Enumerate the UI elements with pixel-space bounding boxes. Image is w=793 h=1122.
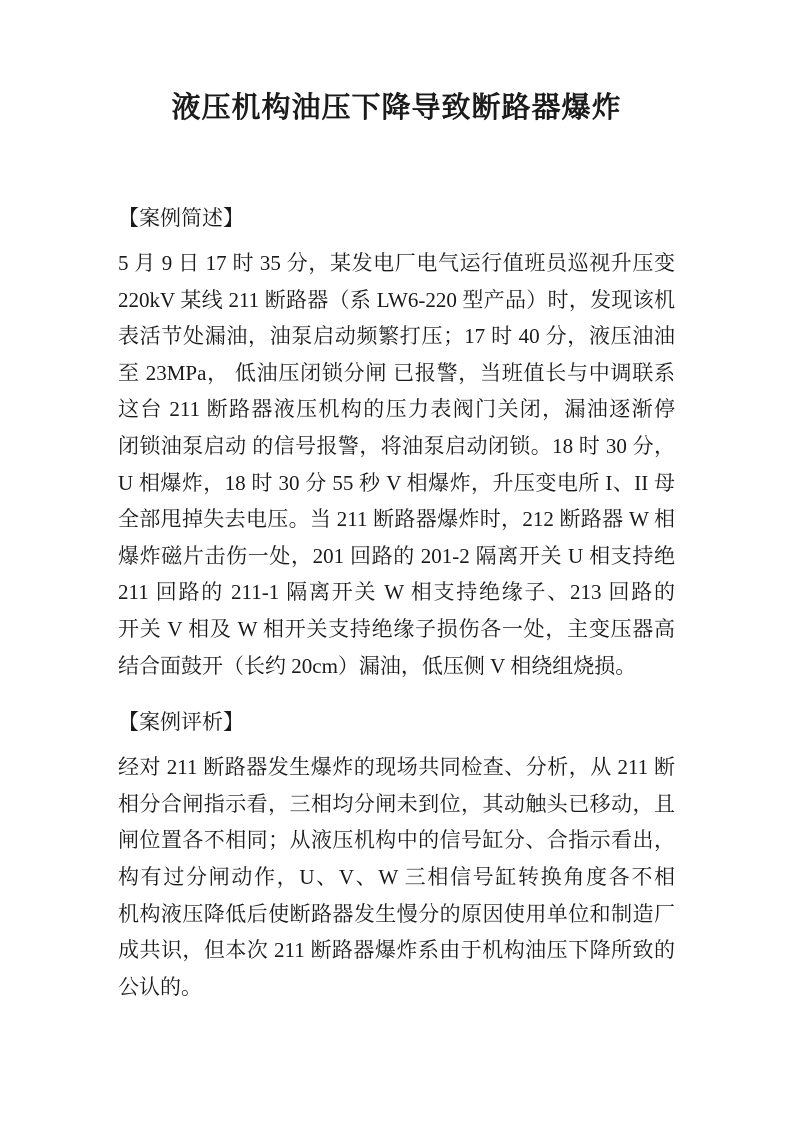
body-text-line: 公认的。	[118, 969, 675, 1006]
body-text-line: 全部甩掉失去电压。当 211 断路器爆炸时，212 断路器 W 相磁套被	[118, 501, 675, 538]
section-heading-case-analysis: 【案例评析】	[118, 704, 675, 741]
body-text-line: 这台 211 断路器液压机构的压力表阀门关闭，漏油逐渐停止，这时	[118, 391, 675, 428]
body-text-line: 表活节处漏油，油泵启动频繁打压；17 时 40 分，液压油油压已降	[118, 318, 675, 355]
body-text-line: 开关 V 相及 W 相开关支持绝缘子损伤各一处，主变压器高压侧上盖	[118, 611, 675, 648]
body-text-line: 至 23MPa， 低油压闭锁分闸 已报警，当班值长与中调联系建议将	[118, 355, 675, 392]
body-text-line: 相分合闸指示看，三相均分闸未到位，其动触头已移动，且三相分	[118, 786, 675, 823]
body-text-line: 结合面鼓开（长约 20cm）漏油，低压侧 V 相绕组烧损。	[118, 648, 675, 685]
document-content: 液压机构油压下降导致断路器爆炸 【案例简述】 5 月 9 日 17 时 35 分…	[0, 0, 793, 1005]
body-text-line: 爆炸磁片击伤一处，201 回路的 201-2 隔离开关 U 相支持绝缘子、	[118, 538, 675, 575]
body-text-line: 220kV 某线 211 断路器（系 LW6-220 型产品）时，发现该机构压力	[118, 282, 675, 319]
body-text-line: U 相爆炸，18 时 30 分 55 秒 V 相爆炸，升压变电所 I、II 母线…	[118, 465, 675, 502]
body-text-line: 闸位置各不相同；从液压机构中的信号缸分、合指示看出，液压机	[118, 822, 675, 859]
document-title: 液压机构油压下降导致断路器爆炸	[118, 0, 675, 130]
body-text-line: 机构液压降低后使断路器发生慢分的原因使用单位和制造厂没有达	[118, 896, 675, 933]
body-text-line: 成共识，但本次 211 断路器爆炸系由于机构油压下降所致的结论是	[118, 932, 675, 969]
case-summary-paragraph: 5 月 9 日 17 时 35 分，某发电厂电气运行值班员巡视升压变电所 220…	[118, 245, 675, 684]
body-text-line: 经对 211 断路器发生爆炸的现场共同检查、分析，从 211 断路器三	[118, 749, 675, 786]
body-text-line: 5 月 9 日 17 时 35 分，某发电厂电气运行值班员巡视升压变电所	[118, 245, 675, 282]
body-text-line: 211 回路的 211-1 隔离开关 W 相支持绝缘子、213 回路的 213-…	[118, 574, 675, 611]
case-analysis-paragraph: 经对 211 断路器发生爆炸的现场共同检查、分析，从 211 断路器三 相分合闸…	[118, 749, 675, 1005]
section-heading-case-summary: 【案例简述】	[118, 200, 675, 237]
body-text-line: 构有过分闸动作，U、V、W 三相信号缸转换角度各不相同。虽然对	[118, 859, 675, 896]
document-page: 液压机构油压下降导致断路器爆炸 【案例简述】 5 月 9 日 17 时 35 分…	[0, 0, 793, 1122]
body-text-line: 闭锁油泵启动 的信号报警，将油泵启动闭锁。18 时 30 分，断路器	[118, 428, 675, 465]
